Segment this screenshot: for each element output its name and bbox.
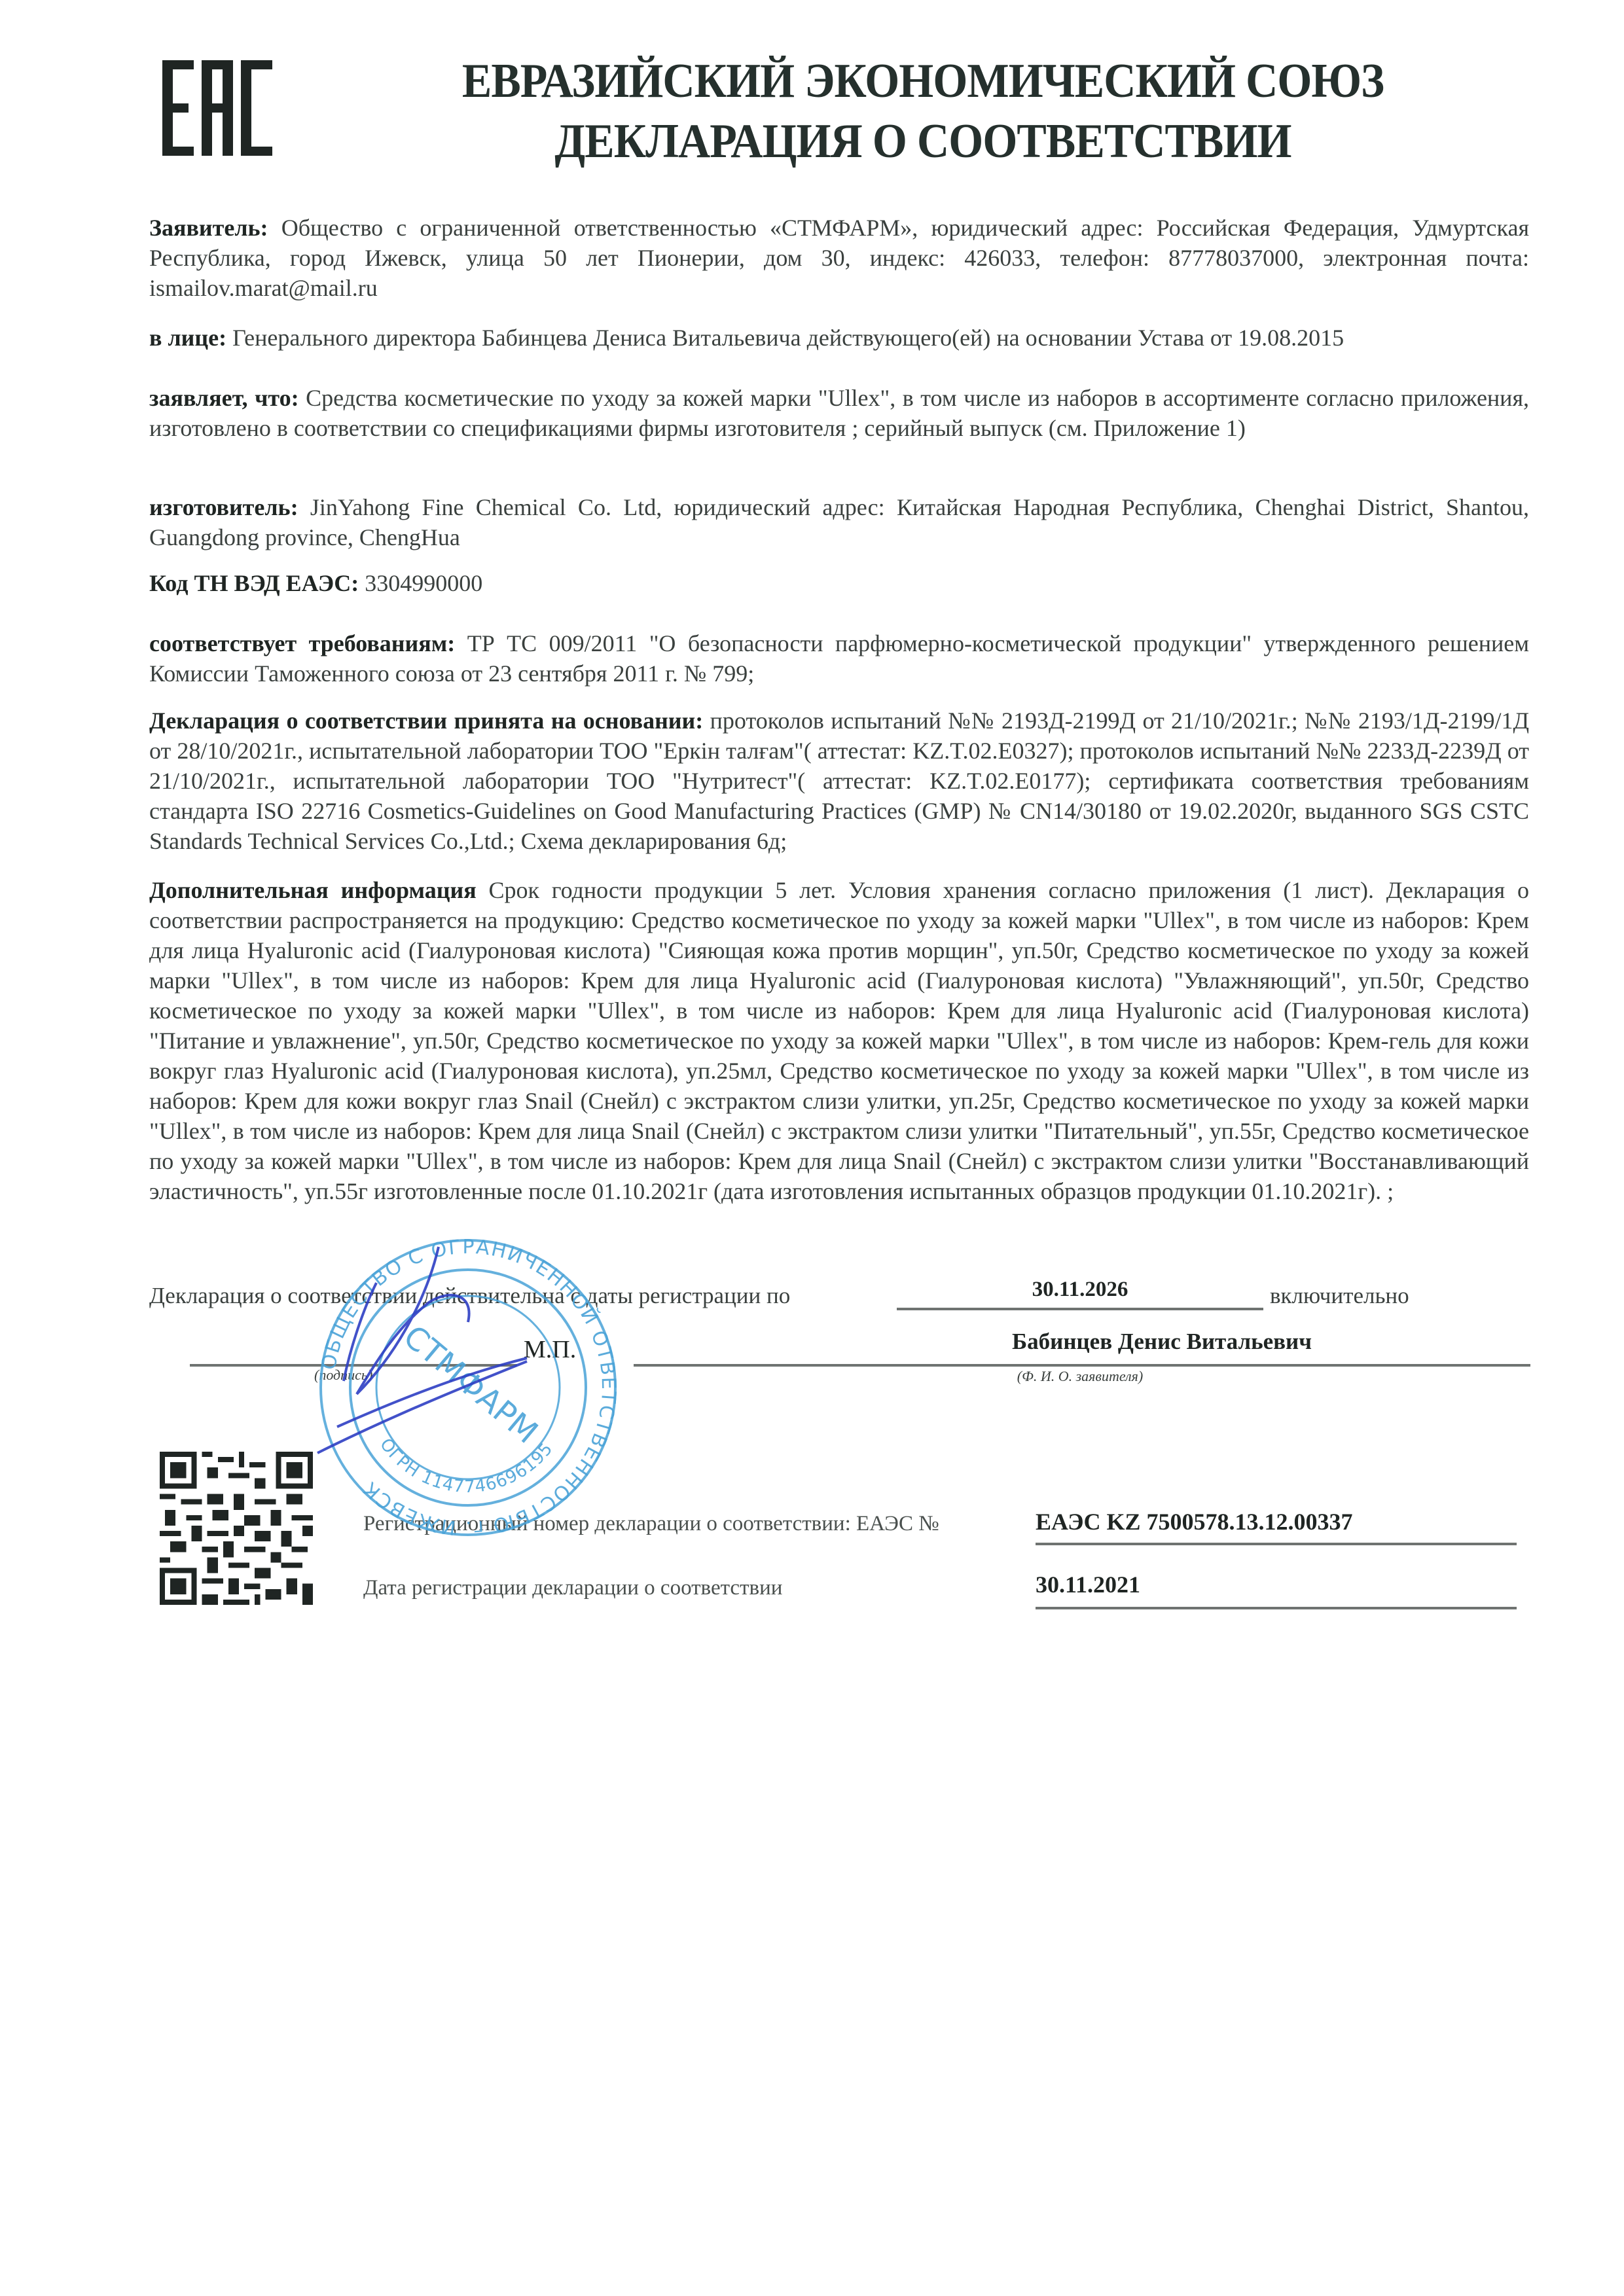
registration-date: 30.11.2021 — [1036, 1571, 1140, 1598]
registration-number-label: Регистрационный номер декларации о соотв… — [363, 1512, 939, 1536]
handwritten-signature — [317, 1247, 527, 1453]
compliance-section: соответствует требованиям: ТР ТС 009/201… — [149, 628, 1529, 689]
document-title: ЕВРАЗИЙСКИЙ ЭКОНОМИЧЕСКИЙ СОЮЗ ДЕКЛАРАЦИ… — [411, 51, 1435, 171]
hs-code-value: 3304990000 — [365, 570, 482, 596]
eac-letter-a — [202, 60, 233, 156]
title-union: ЕВРАЗИЙСКИЙ ЭКОНОМИЧЕСКИЙ СОЮЗ — [411, 51, 1435, 111]
registration-date-underline — [1036, 1607, 1517, 1609]
validity-date: 30.11.2026 — [897, 1278, 1263, 1302]
additional-info-label: Дополнительная информация — [149, 877, 477, 903]
representative-section: в лице: Генерального директора Бабинцева… — [149, 323, 1529, 353]
hs-code-label: Код ТН ВЭД ЕАЭС: — [149, 570, 359, 596]
representative-text: Генерального директора Бабинцева Дениса … — [232, 325, 1344, 351]
additional-info-section: Дополнительная информация Срок годности … — [149, 875, 1529, 1206]
manufacturer-section: изготовитель: JinYahong Fine Chemical Co… — [149, 492, 1529, 552]
applicant-name-caption: (Ф. И. О. заявителя) — [851, 1368, 1309, 1385]
applicant-text: Общество с ограниченной ответственностью… — [149, 215, 1529, 301]
applicant-section: Заявитель: Общество с ограниченной ответ… — [149, 213, 1529, 303]
registration-date-label: Дата регистрации декларации о соответств… — [363, 1576, 782, 1600]
company-stamp: ОБЩЕСТВО С ОГРАНИЧЕННОЙ ОТВЕТСТВЕННОСТЬЮ… — [298, 1230, 638, 1545]
validity-text: Декларация о соответствии действительна … — [149, 1283, 790, 1309]
manufacturer-text: JinYahong Fine Chemical Co. Ltd, юридиче… — [149, 494, 1529, 550]
svg-text:ОБЩЕСТВО С ОГРАНИЧЕННОЙ ОТВЕТС: ОБЩЕСТВО С ОГРАНИЧЕННОЙ ОТВЕТСТВЕННОСТЬЮ… — [317, 1236, 621, 1539]
declaration-page: ЕВРАЗИЙСКИЙ ЭКОНОМИЧЕСКИЙ СОЮЗ ДЕКЛАРАЦИ… — [0, 0, 1624, 2296]
additional-info-text: Срок годности продукции 5 лет. Условия х… — [149, 877, 1529, 1204]
applicant-name-underline — [634, 1364, 1530, 1367]
representative-label: в лице: — [149, 325, 226, 351]
declares-section: заявляет, что: Средства косметические по… — [149, 383, 1529, 443]
svg-text:ОГРН 1147746696195: ОГРН 1147746696195 — [376, 1435, 557, 1497]
manufacturer-label: изготовитель: — [149, 494, 298, 520]
compliance-label: соответствует требованиям: — [149, 630, 455, 656]
validity-suffix: включительно — [1263, 1283, 1409, 1309]
title-declaration: ДЕКЛАРАЦИЯ О СООТВЕТСТВИИ — [411, 111, 1435, 171]
eac-letter-e — [162, 60, 194, 156]
eac-letter-c — [241, 60, 272, 156]
registration-number-underline — [1036, 1543, 1517, 1545]
eac-logo — [162, 60, 274, 156]
stamp-ring-text: ОБЩЕСТВО С ОГРАНИЧЕННОЙ ОТВЕТСТВЕННОСТЬЮ… — [317, 1236, 621, 1539]
declares-text: Средства косметические по уходу за кожей… — [149, 385, 1529, 441]
validity-date-underline — [897, 1308, 1263, 1310]
applicant-label: Заявитель: — [149, 215, 268, 241]
qr-code — [160, 1452, 313, 1605]
applicant-name: Бабинцев Денис Витальевич — [851, 1329, 1473, 1355]
seal-label: М.П. — [524, 1335, 576, 1364]
basis-section: Декларация о соответствии принята на осн… — [149, 706, 1529, 856]
declares-label: заявляет, что: — [149, 385, 299, 411]
hs-code-section: Код ТН ВЭД ЕАЭС: 3304990000 — [149, 568, 1529, 598]
stamp-center-name: СТМФАРМ — [397, 1318, 545, 1451]
signature-caption: (подпись) — [314, 1367, 372, 1384]
basis-label: Декларация о соответствии принята на осн… — [149, 708, 703, 734]
stamp-ogrn: ОГРН 1147746696195 — [376, 1435, 557, 1497]
registration-number: ЕАЭС KZ 7500578.13.12.00337 — [1036, 1508, 1353, 1535]
